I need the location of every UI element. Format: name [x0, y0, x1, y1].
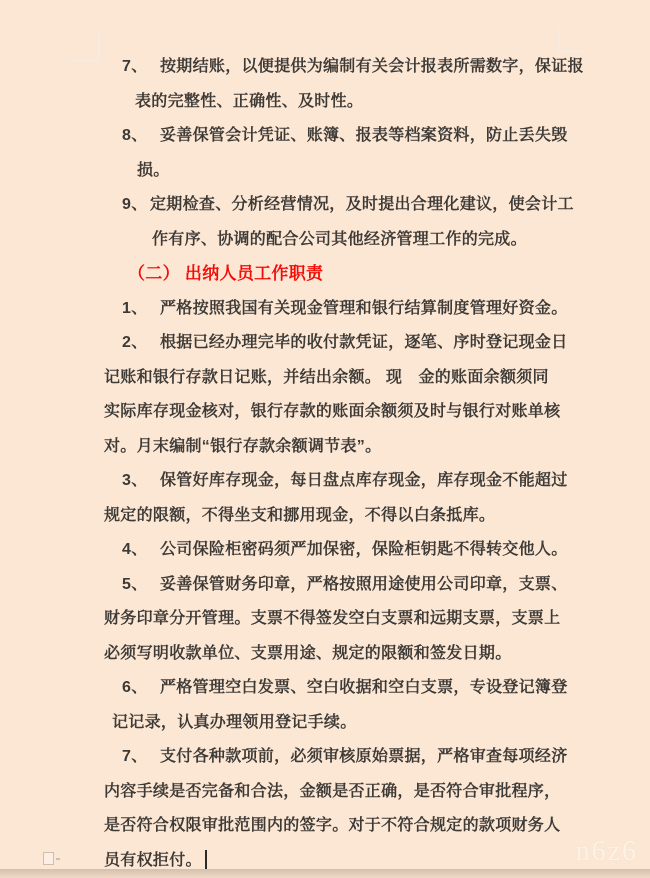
- list-item: 2、根据已经办理完毕的收付款凭证，逐笔、序时登记现金日记账和银行存款日记账，并结…: [0, 326, 650, 464]
- list-item: 1、严格按照我国有关现金管理和银行结算制度管理好资金。: [0, 292, 650, 327]
- text-line[interactable]: 记账和银行存款日记账，并结出余额。 现 金的账面余额须同: [0, 361, 650, 396]
- text-line[interactable]: （二） 出纳人员工作职责: [0, 257, 650, 292]
- text-line[interactable]: 3、保管好库存现金，每日盘点库存现金，库存现金不能超过: [0, 464, 650, 499]
- text-line[interactable]: 7、支付各种款项前，必须审核原始票据，严格审查每项经济: [0, 740, 650, 775]
- text-line[interactable]: 5、妥善保管财务印章，严格按照用途使用公司印章，支票、: [0, 568, 650, 603]
- text-line[interactable]: 4、公司保险柜密码须严加保密，保险柜钥匙不得转交他人。: [0, 533, 650, 568]
- page-bottom-edge: [0, 869, 650, 878]
- item-number: 5、: [122, 568, 148, 603]
- item-number: 6、: [122, 671, 148, 706]
- item-number: 8、: [122, 119, 148, 154]
- item-number: 2、: [122, 326, 148, 361]
- item-number: 3、: [122, 464, 148, 499]
- text-line[interactable]: 6、严格管理空白发票、空白收据和空白支票，专设登记簿登: [0, 671, 650, 706]
- item-number: 1、: [122, 292, 148, 327]
- text-line[interactable]: 规定的限额，不得坐支和挪用现金，不得以白条抵库。: [0, 499, 650, 534]
- text-line[interactable]: 7、按期结账，以便提供为编制有关会计报表所需数字，保证报: [0, 50, 650, 85]
- list-item: 5、妥善保管财务印章，严格按照用途使用公司印章，支票、财务印章分开管理。支票不得…: [0, 568, 650, 672]
- object-anchor-icon: [43, 852, 54, 865]
- text-line[interactable]: 1、严格按照我国有关现金管理和银行结算制度管理好资金。: [0, 292, 650, 327]
- text-boundary-mark-top-right: [558, 28, 582, 52]
- list-item: 4、公司保险柜密码须严加保密，保险柜钥匙不得转交他人。: [0, 533, 650, 568]
- text-line[interactable]: 必须写明收款单位、支票用途、规定的限额和签发日期。: [0, 637, 650, 672]
- watermark: n6z6: [576, 836, 638, 868]
- document-body[interactable]: 7、按期结账，以便提供为编制有关会计报表所需数字，保证报表的完整性、正确性、及时…: [0, 50, 650, 878]
- text-line[interactable]: 是否符合权限审批范围内的签字。对于不符合规定的款项财务人: [0, 809, 650, 844]
- text-line[interactable]: 表的完整性、正确性、及时性。: [0, 85, 650, 120]
- item-number: 4、: [122, 533, 148, 568]
- list-item: 6、严格管理空白发票、空白收据和空白支票，专设登记簿登记记录，认真办理领用登记手…: [0, 671, 650, 740]
- text-line[interactable]: 作有序、协调的配合公司其他经济管理工作的完成。: [0, 223, 650, 258]
- list-item: 3、保管好库存现金，每日盘点库存现金，库存现金不能超过规定的限额，不得坐支和挪用…: [0, 464, 650, 533]
- list-item: 8、妥善保管会计凭证、账簿、报表等档案资料，防止丢失毁损。: [0, 119, 650, 188]
- text-line[interactable]: 财务印章分开管理。支票不得签发空白支票和远期支票，支票上: [0, 602, 650, 637]
- section-heading: （二） 出纳人员工作职责: [0, 257, 650, 292]
- text-line[interactable]: 2、根据已经办理完毕的收付款凭证，逐笔、序时登记现金日: [0, 326, 650, 361]
- text-line[interactable]: 实际库存现金核对，银行存款的账面余额须及时与银行对账单核: [0, 395, 650, 430]
- text-line[interactable]: 记记录，认真办理领用登记手续。: [0, 706, 650, 741]
- text-line[interactable]: 9、定期检查、分析经营情况，及时提出合理化建议，使会计工: [0, 188, 650, 223]
- item-number: 9、: [122, 188, 148, 223]
- item-number: 7、: [122, 50, 148, 85]
- text-cursor: [205, 850, 207, 869]
- text-line[interactable]: 对。月末编制“银行存款余额调节表”。: [0, 430, 650, 465]
- text-line[interactable]: 损。: [0, 154, 650, 189]
- item-number: 7、: [122, 740, 148, 775]
- document-page[interactable]: 7、按期结账，以便提供为编制有关会计报表所需数字，保证报表的完整性、正确性、及时…: [0, 0, 650, 878]
- list-item: 9、定期检查、分析经营情况，及时提出合理化建议，使会计工作有序、协调的配合公司其…: [0, 188, 650, 257]
- text-line[interactable]: 8、妥善保管会计凭证、账簿、报表等档案资料，防止丢失毁: [0, 119, 650, 154]
- list-item: 7、按期结账，以便提供为编制有关会计报表所需数字，保证报表的完整性、正确性、及时…: [0, 50, 650, 119]
- text-line[interactable]: 内容手续是否完备和合法，金额是否正确，是否符合审批程序，: [0, 775, 650, 810]
- list-item: 7、支付各种款项前，必须审核原始票据，严格审查每项经济内容手续是否完备和合法，金…: [0, 740, 650, 878]
